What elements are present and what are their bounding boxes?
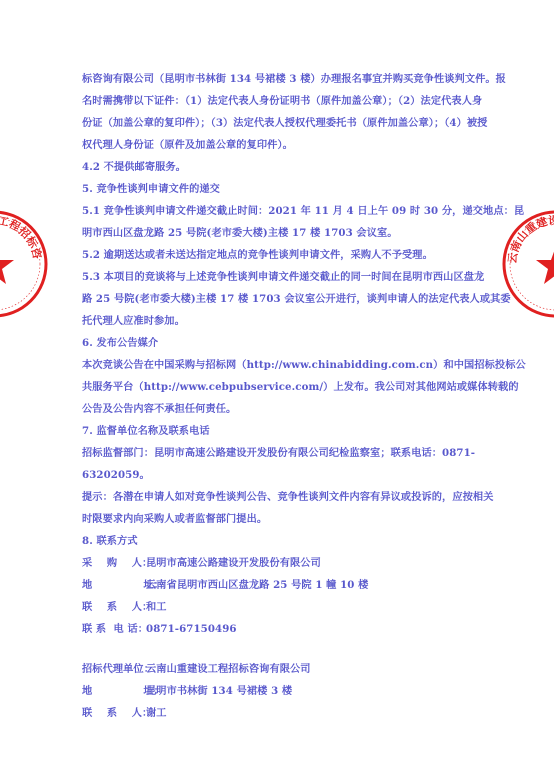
section-4-2: 4.2 不提供邮寄服务。 — [82, 156, 474, 178]
paragraph-line: 招标监督部门：昆明市高速公路建设开发股份有限公司纪检监察室；联系电话：0871- — [82, 442, 474, 464]
section-5-2: 5.2 逾期送达或者未送达指定地点的竞争性谈判申请文件，采购人不予受理。 — [82, 244, 474, 266]
section-7-heading: 7. 监督单位名称及联系电话 — [82, 420, 474, 442]
purchaser-name-label: 采 购 人： — [82, 552, 146, 574]
paragraph-line: 路 25 号院(老市委大楼)主楼 17 楼 1703 会议室公开进行，谈判申请人… — [82, 288, 474, 310]
agency-address-row: 地 址： 昆明市书林街 134 号裙楼 3 楼 — [82, 680, 474, 702]
agency-address-label: 地 址： — [82, 680, 146, 702]
purchaser-phone-label: 联 系 电 话： — [82, 618, 146, 640]
purchaser-address-label: 地 址： — [82, 574, 146, 596]
purchaser-contact-label: 联 系 人： — [82, 596, 146, 618]
purchaser-address-row: 地 址： 云南省昆明市西山区盘龙路 25 号院 1 幢 10 楼 — [82, 574, 474, 596]
paragraph-line: 本次竞谈公告在中国采购与招标网（http://www.chinabidding.… — [82, 354, 474, 376]
agency-name-label: 招标代理单位： — [82, 658, 146, 680]
purchaser-name-row: 采 购 人： 昆明市高速公路建设开发股份有限公司 — [82, 552, 474, 574]
section-6-heading: 6. 发布公告媒介 — [82, 332, 474, 354]
agency-contact-row: 联 系 人： 谢工 — [82, 702, 474, 724]
paragraph-line: 明市西山区盘龙路 25 号院(老市委大楼)主楼 17 楼 1703 会议室。 — [82, 222, 474, 244]
purchaser-phone-row: 联 系 电 话： 0871-67150496 — [82, 618, 474, 640]
paragraph-line: 标咨询有限公司（昆明市书林街 134 号裙楼 3 楼）办理报名事宜并购买竞争性谈… — [82, 68, 474, 90]
spacer — [82, 640, 474, 658]
paragraph-line: 权代理人身份证（原件及加盖公章的复印件）。 — [82, 134, 474, 156]
section-8-heading: 8. 联系方式 — [82, 530, 474, 552]
agency-name-value: 云南山重建设工程招标咨询有限公司 — [146, 658, 311, 680]
paragraph-line: 时限要求内向采购人或者监督部门提出。 — [82, 508, 474, 530]
purchaser-address-value: 云南省昆明市西山区盘龙路 25 号院 1 幢 10 楼 — [146, 574, 368, 596]
paragraph-line: 名时需携带以下证件：（1）法定代表人身份证明书（原件加盖公章）；（2）法定代表人… — [82, 90, 474, 112]
paragraph-line: 5.3 本项目的竞谈将与上述竞争性谈判申请文件递交截止的同一时间在昆明市西山区盘… — [82, 266, 474, 288]
seal-icon: 云南山重建设工程招标咨询有限公司 — [0, 208, 50, 320]
document-body: 标咨询有限公司（昆明市书林街 134 号裙楼 3 楼）办理报名事宜并购买竞争性谈… — [82, 68, 474, 724]
paragraph-line: 63202059。 — [82, 464, 474, 486]
paragraph-line: 公告及公告内容不承担任何责任。 — [82, 398, 474, 420]
section-5-heading: 5. 竞争性谈判申请文件的递交 — [82, 178, 474, 200]
agency-contact-value: 谢工 — [146, 702, 167, 724]
agency-contact-label: 联 系 人： — [82, 702, 146, 724]
agency-address-value: 昆明市书林街 134 号裙楼 3 楼 — [146, 680, 292, 702]
agency-name-row: 招标代理单位： 云南山重建设工程招标咨询有限公司 — [82, 658, 474, 680]
paragraph-line: 5.1 竞争性谈判申请文件递交截止时间：2021 年 11 月 4 日上午 09… — [82, 200, 474, 222]
purchaser-contact-value: 和工 — [146, 596, 167, 618]
paragraph-line: 份证（加盖公章的复印件）；（3）法定代表人授权代理委托书（原件加盖公章）；（4）… — [82, 112, 474, 134]
document-page: 云南山重建设工程招标咨询有限公司 云南山重建设工程招标咨询有限公司 标咨询有限公… — [0, 0, 554, 783]
purchaser-contact-row: 联 系 人： 和工 — [82, 596, 474, 618]
left-seal-stamp: 云南山重建设工程招标咨询有限公司 — [0, 208, 50, 320]
purchaser-name-value: 昆明市高速公路建设开发股份有限公司 — [146, 552, 321, 574]
purchaser-phone-value: 0871-67150496 — [146, 618, 237, 640]
paragraph-line: 托代理人应准时参加。 — [82, 310, 474, 332]
paragraph-line: 共服务平台（http://www.cebpubservice.com/）上发布。… — [82, 376, 474, 398]
paragraph-line: 提示：各潜在申请人如对竞争性谈判公告、竞争性谈判文件内容有异议或投诉的，应按相关 — [82, 486, 474, 508]
